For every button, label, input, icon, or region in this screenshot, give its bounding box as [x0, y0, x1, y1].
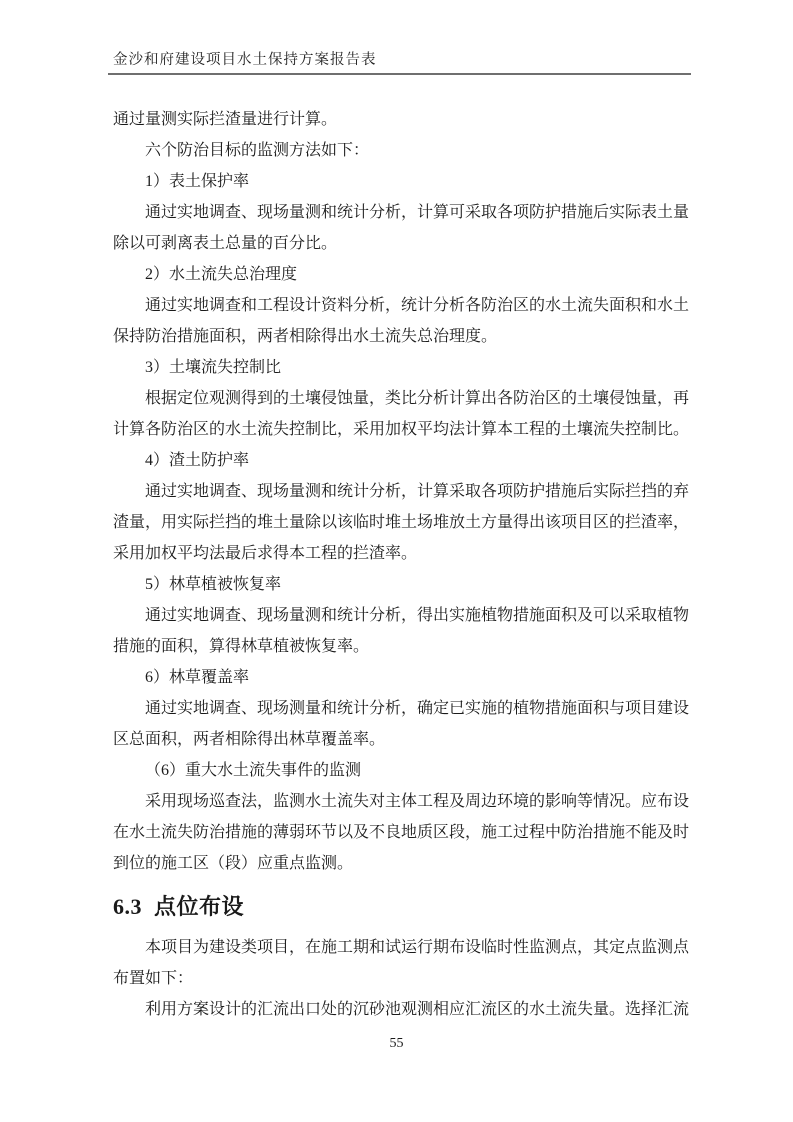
- paragraph: 根据定位观测得到的土壤侵蚀量，类比分析计算出各防治区的土壤侵蚀量，再计算各防治区…: [113, 383, 689, 445]
- paragraph: （6）重大水土流失事件的监测: [113, 755, 689, 786]
- paragraph: 本项目为建设类项目，在施工期和试运行期布设临时性监测点，其定点监测点布置如下：: [113, 932, 689, 994]
- paragraph: 4）渣土防护率: [113, 445, 689, 476]
- paragraph: 采用现场巡查法，监测水土流失对主体工程及周边环境的影响等情况。应布设在水土流失防…: [113, 786, 689, 879]
- paragraph-group-monitoring-methods: 通过量测实际拦渣量进行计算。六个防治目标的监测方法如下：1）表土保护率通过实地调…: [113, 104, 689, 879]
- paragraph: 通过实地调查、现场量测和统计分析，得出实施植物措施面积及可以采取植物措施的面积，…: [113, 600, 689, 662]
- paragraph: 通过实地调查、现场测量和统计分析，确定已实施的植物措施面积与项目建设区总面积，两…: [113, 693, 689, 755]
- page-header: 金沙和府建设项目水土保持方案报告表: [108, 48, 691, 75]
- section-number: 6.3: [113, 894, 142, 919]
- paragraph: 通过实地调查、现场量测和统计分析，计算采取各项防护措施后实际拦挡的弃渣量，用实际…: [113, 476, 689, 569]
- paragraph: 利用方案设计的汇流出口处的沉砂池观测相应汇流区的水土流失量。选择汇流: [113, 994, 689, 1025]
- paragraph-group-point-layout: 本项目为建设类项目，在施工期和试运行期布设临时性监测点，其定点监测点布置如下：利…: [113, 932, 689, 1025]
- paragraph: 2）水土流失总治理度: [113, 259, 689, 290]
- paragraph: 通过量测实际拦渣量进行计算。: [113, 104, 689, 135]
- document-body: 通过量测实际拦渣量进行计算。六个防治目标的监测方法如下：1）表土保护率通过实地调…: [113, 104, 689, 1025]
- paragraph: 通过实地调查、现场量测和统计分析，计算可采取各项防护措施后实际表土量除以可剥离表…: [113, 197, 689, 259]
- section-title: 点位布设: [154, 894, 244, 919]
- page-number: 55: [0, 1036, 793, 1052]
- paragraph: 六个防治目标的监测方法如下：: [113, 135, 689, 166]
- section-heading: 6.3点位布设: [113, 890, 689, 924]
- paragraph: 6）林草覆盖率: [113, 662, 689, 693]
- paragraph: 通过实地调查和工程设计资料分析，统计分析各防治区的水土流失面积和水土保持防治措施…: [113, 290, 689, 352]
- paragraph: 5）林草植被恢复率: [113, 569, 689, 600]
- paragraph: 3）土壤流失控制比: [113, 352, 689, 383]
- header-title: 金沙和府建设项目水土保持方案报告表: [108, 52, 377, 68]
- paragraph: 1）表土保护率: [113, 166, 689, 197]
- document-page: 金沙和府建设项目水土保持方案报告表 通过量测实际拦渣量进行计算。六个防治目标的监…: [0, 0, 793, 1122]
